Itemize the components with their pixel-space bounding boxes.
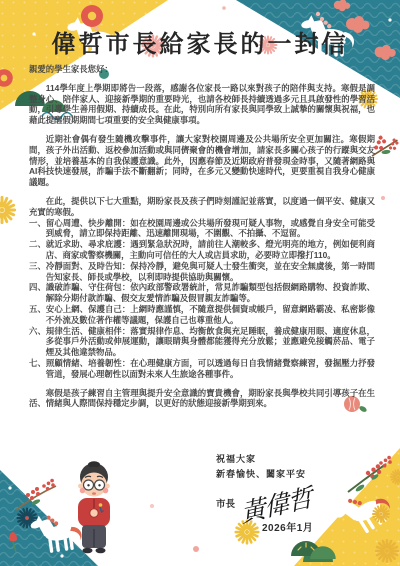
paragraph-safety-context: 近期社會偶有發生隨機攻擊事件，讓大家對校園周邊及公共場所安全更加關注。寒假期間，…: [29, 134, 375, 188]
chrysanthemum-burst-icon: [391, 470, 400, 484]
letter-body: 親愛的學生家長您好： 114學年度上學期即將告一段落，感謝各位家長一路以來對孩子…: [29, 64, 375, 409]
chrysanthemum-burst-icon: [376, 540, 398, 562]
safety-point-1: 一、留心周遭、快步離開：如在校園周邊或公共場所發現可疑人事物，或感覺自身安全可能…: [29, 218, 375, 240]
safety-points-list: 一、留心周遭、快步離開：如在校園周邊或公共場所發現可疑人事物，或感覺自身安全可能…: [29, 218, 375, 380]
dot-icon: [381, 196, 385, 200]
mayor-cartoon: [78, 461, 110, 553]
dot-icon: [316, 12, 320, 16]
letter-page: 偉哲市長給家長的一封信 親愛的學生家長您好： 114學年度上學期即將告一段落，感…: [0, 0, 400, 566]
safety-point-2: 二、就近求助、尋求庇護：遇到緊急狀況時，請前往人潮較多、燈光明亮的地方，例如便利…: [29, 239, 375, 261]
paragraph-list-intro: 在此，提供以下七大重點，期盼家長及孩子們時刻謹記並落實，以度過一個平安、健康又充…: [29, 196, 375, 218]
blessing-line-1: 祝福大家: [216, 452, 386, 467]
dot-icon: [193, 546, 199, 552]
page-title: 偉哲市長給家長的一封信: [0, 24, 400, 59]
chrysanthemum-burst-icon: [0, 197, 15, 222]
safety-point-6: 六、規律生活、健康相伴：落實規律作息、均衡飲食與充足睡眠，養成健康用眼、適度休息…: [29, 326, 375, 358]
safety-point-5: 五、安心上網、保護自己：上網時應謹慎，不隨意提供個資或帳戶，留意網路霸凌、私密影…: [29, 304, 375, 326]
dot-icon: [222, 6, 226, 10]
safety-point-4: 四、識破詐騙、守住荷包：依內政部警政署統計，常見詐騙類型包括假網路購物、投資詐欺…: [29, 282, 375, 304]
greeting: 親愛的學生家長您好：: [29, 64, 375, 75]
paragraph-intro: 114學年度上學期即將告一段落，感謝各位家長一路以來對孩子的陪伴與支持。寒假是調…: [29, 83, 375, 126]
safety-point-7: 七、照顧情緒、培養韌性：在心理健康方面，可以透過每日自我情緒覺察練習，發掘壓力抒…: [29, 358, 375, 380]
safety-point-3: 三、冷靜面對、及時告知：保持冷靜，避免與可疑人士發生衝突，並在安全無虞後，第一時…: [29, 261, 375, 283]
badge-icon: [99, 503, 103, 507]
closing-paragraph: 寒假是孩子練習自主管理與提升安全意識的寶貴機會，期盼家長與學校共同引導孩子在生活…: [29, 388, 375, 410]
dot-icon: [150, 504, 154, 508]
mayor-title-label: 市長: [216, 486, 235, 510]
signature-block: 祝福大家 新春愉快、闔家平安 市長 黃偉哲 2026年1月: [216, 452, 386, 534]
